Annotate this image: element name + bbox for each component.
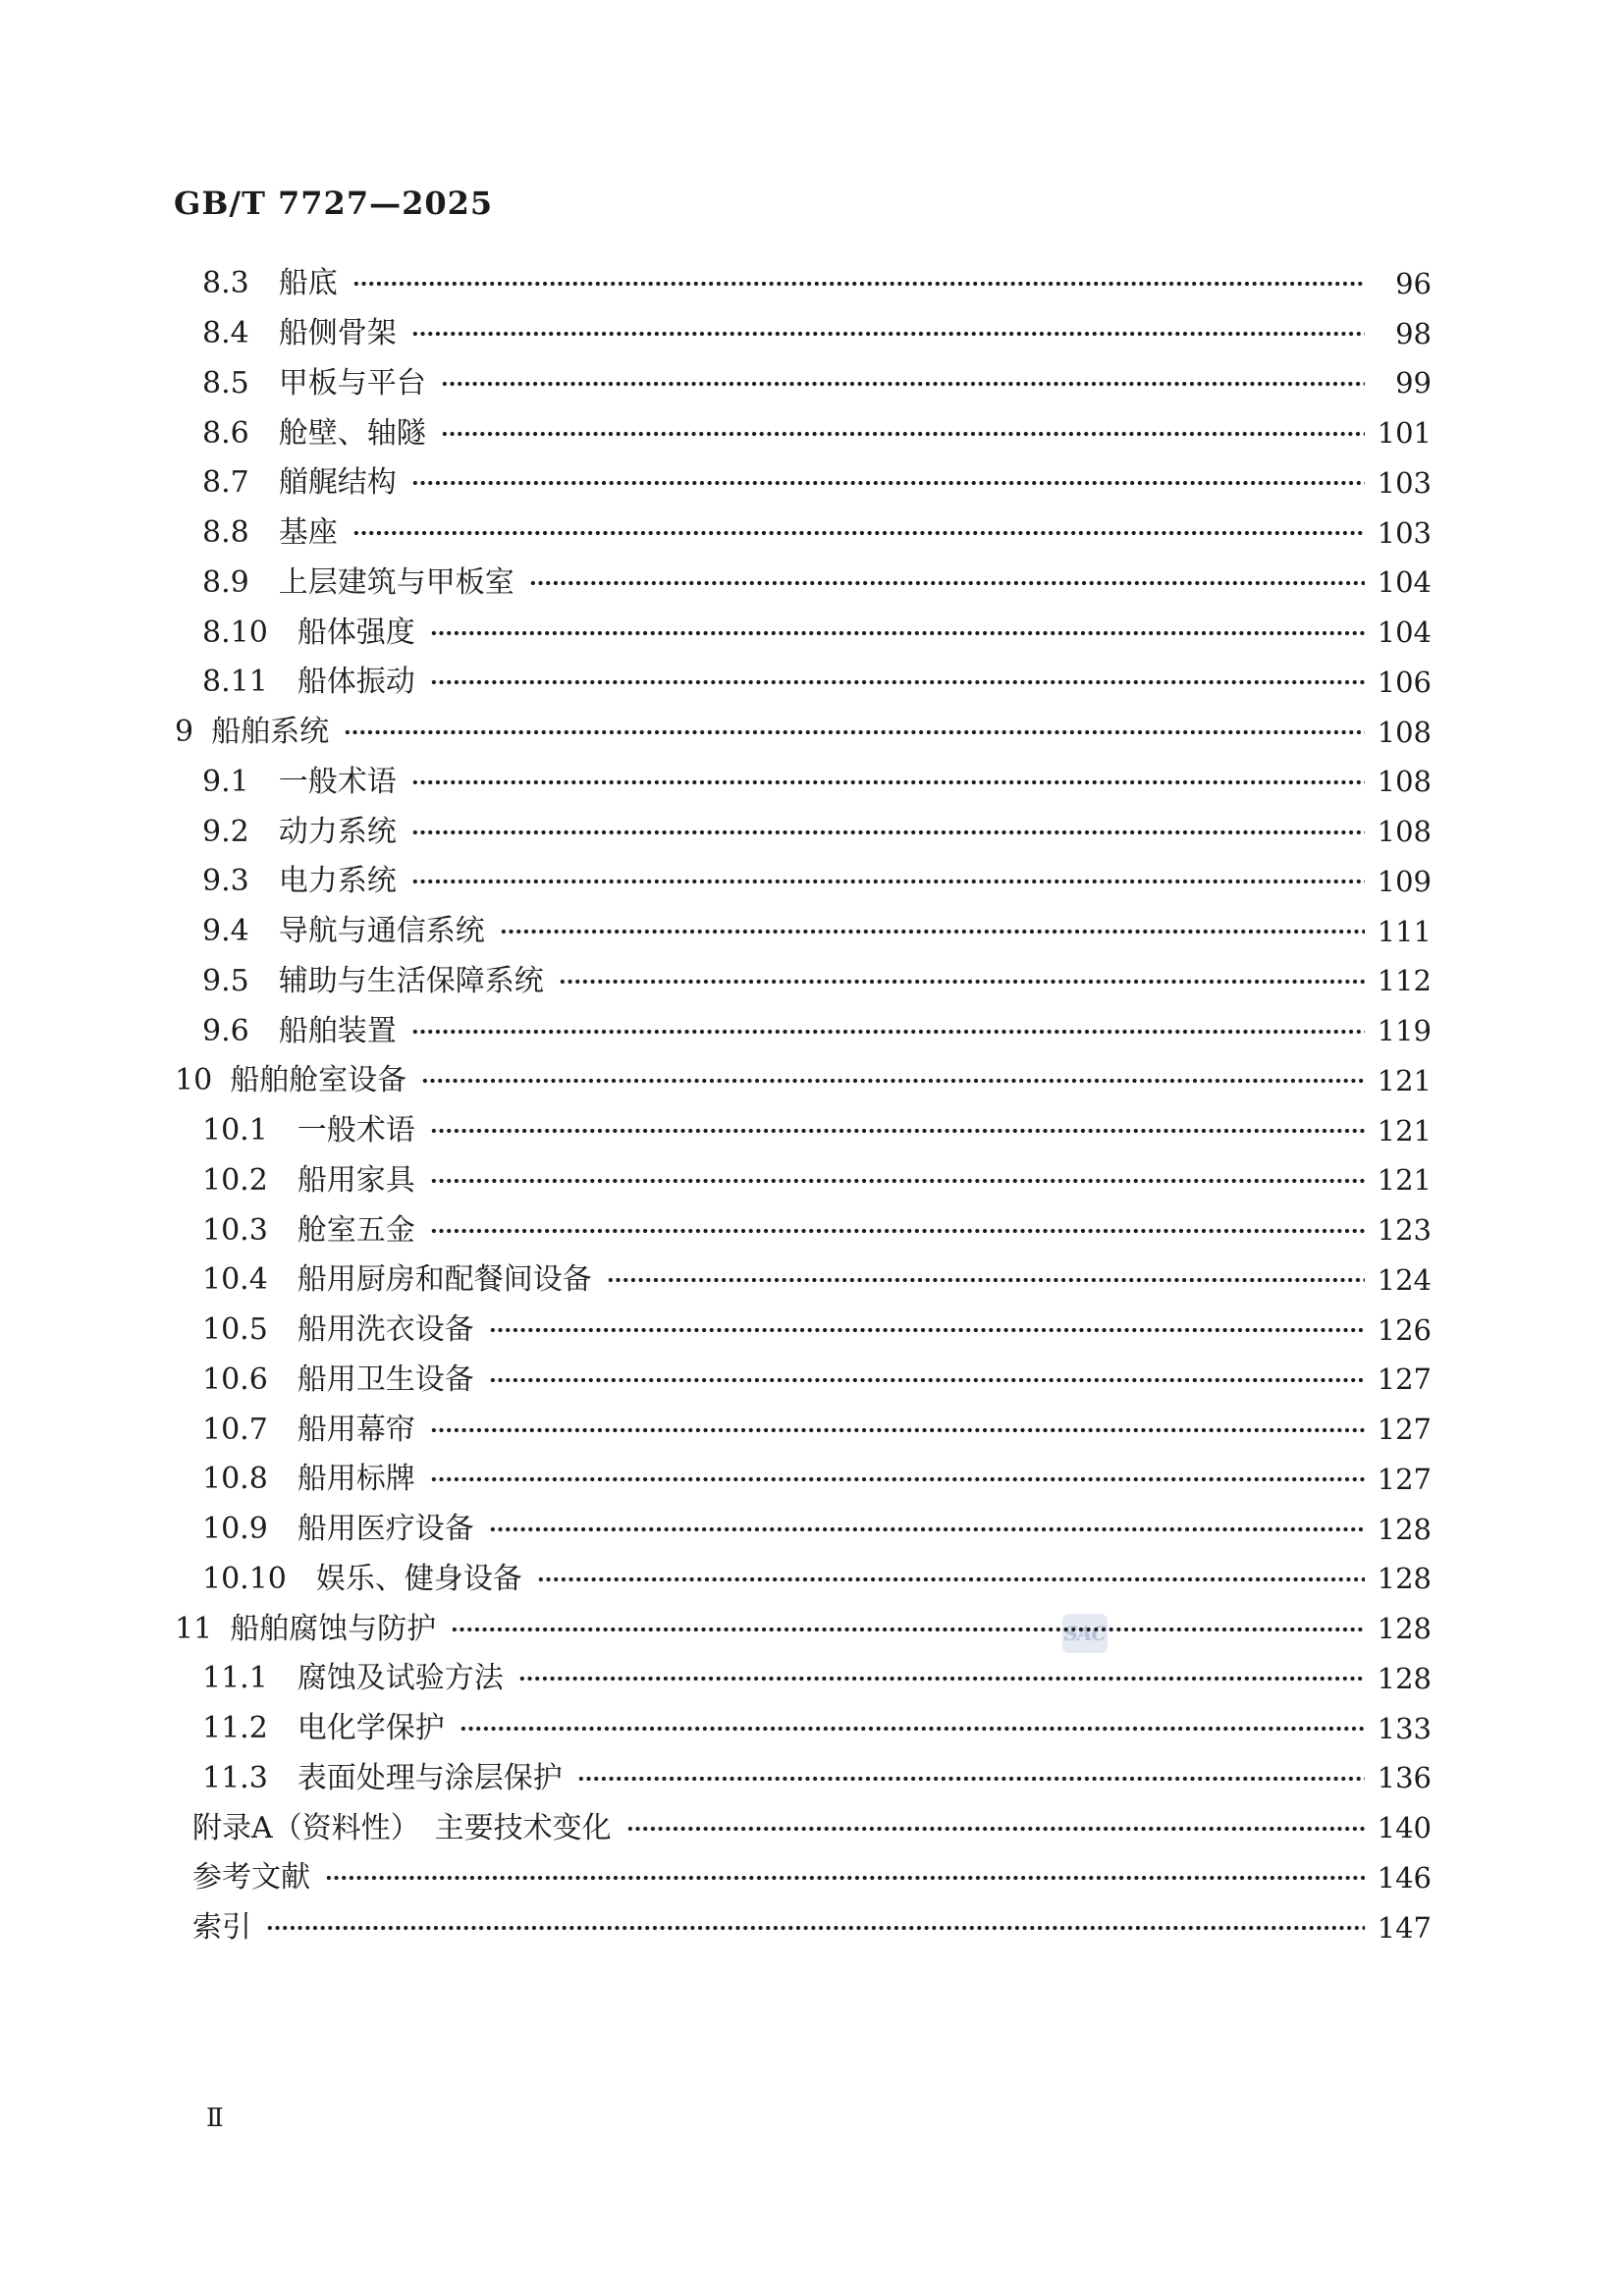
dot-leader xyxy=(441,376,1365,392)
toc-entry-title: 船舶系统 xyxy=(211,718,329,747)
toc-entry-title: 电力系统 xyxy=(279,867,397,896)
toc-entry-number: 10.3 xyxy=(202,1216,298,1246)
dot-leader xyxy=(489,1522,1365,1537)
toc-entry-number: 9.1 xyxy=(202,768,279,797)
dot-leader xyxy=(500,924,1365,939)
toc-entry-title: 腐蚀及试验方法 xyxy=(298,1664,504,1693)
toc-entry[interactable]: 9.3 电力系统 109 xyxy=(175,857,1432,907)
toc-entry-title: 电化学保护 xyxy=(298,1714,445,1743)
dot-leader xyxy=(411,475,1365,491)
toc-entry-page: 103 xyxy=(1377,519,1432,548)
toc-entry-number: 9.3 xyxy=(202,867,279,896)
toc-entry[interactable]: 11.1 腐蚀及试验方法 128 xyxy=(175,1654,1432,1704)
toc-entry-number: 10.10 xyxy=(202,1565,316,1594)
toc-entry-page: 106 xyxy=(1377,668,1432,697)
toc-entry-number: 8.11 xyxy=(202,667,298,697)
toc-entry[interactable]: 附录A（资料性） 主要技术变化 140 xyxy=(175,1803,1432,1853)
dot-leader xyxy=(430,625,1365,641)
toc-entry-title: 娱乐、健身设备 xyxy=(316,1565,522,1594)
toc-entry-page: 96 xyxy=(1377,270,1432,298)
toc-entry-number: 8.9 xyxy=(202,568,279,598)
toc-entry[interactable]: 9.6 船舶装置 119 xyxy=(175,1006,1432,1056)
toc-entry-page: 121 xyxy=(1377,1166,1432,1195)
toc-entry[interactable]: 8.8 基座 103 xyxy=(175,508,1432,559)
toc-entry-number: 10.6 xyxy=(202,1365,298,1395)
dot-leader xyxy=(430,1173,1365,1189)
dot-leader xyxy=(430,1223,1365,1239)
toc-entry-page: 136 xyxy=(1377,1764,1432,1792)
toc-entry-title: 船舶装置 xyxy=(279,1017,397,1046)
toc-entry-number: 8.5 xyxy=(202,369,279,399)
dot-leader xyxy=(411,1024,1365,1040)
page-number-footer: Ⅱ xyxy=(206,2104,224,2133)
dot-leader xyxy=(352,525,1365,541)
toc-entry-number: 9.5 xyxy=(202,967,279,996)
toc-entry[interactable]: 8.9 上层建筑与甲板室 104 xyxy=(175,559,1432,609)
toc-entry[interactable]: 10.10 娱乐、健身设备 128 xyxy=(175,1555,1432,1605)
dot-leader xyxy=(411,774,1365,790)
toc-entry-page: 108 xyxy=(1377,768,1432,796)
toc-entry-number: 10.7 xyxy=(202,1415,298,1445)
toc-entry-number: 8.10 xyxy=(202,618,298,648)
toc-entry[interactable]: 10 船舶舱室设备 121 xyxy=(175,1056,1432,1106)
toc-entry[interactable]: 参考文献 146 xyxy=(175,1853,1432,1903)
dot-leader xyxy=(352,276,1365,292)
toc-entry-page: 128 xyxy=(1377,1665,1432,1693)
dot-leader xyxy=(489,1372,1365,1388)
toc-entry-page: 119 xyxy=(1377,1017,1432,1045)
toc-entry-page: 146 xyxy=(1377,1864,1432,1893)
toc-entry-title: 辅助与生活保障系统 xyxy=(279,967,544,996)
toc-entry-page: 121 xyxy=(1377,1117,1432,1146)
dot-leader xyxy=(577,1771,1365,1787)
toc-entry-number: 10 xyxy=(175,1066,230,1095)
dot-leader xyxy=(529,575,1365,591)
toc-entry-number: 9.4 xyxy=(202,917,279,946)
toc-entry-page: 112 xyxy=(1377,967,1432,995)
toc-entry[interactable]: 10.3 舱室五金 123 xyxy=(175,1205,1432,1255)
toc-entry-number: 10.2 xyxy=(202,1166,298,1196)
document-page: GB/T 7727—2025 8.3 船底 96 8.4 船侧骨架 98 8.5… xyxy=(0,0,1624,2296)
toc-entry-title: 船用医疗设备 xyxy=(298,1515,474,1544)
toc-entry[interactable]: 10.1 一般术语 121 xyxy=(175,1106,1432,1156)
toc-entry[interactable]: 10.4 船用厨房和配餐间设备 124 xyxy=(175,1255,1432,1306)
dot-leader xyxy=(325,1870,1365,1886)
toc-entry[interactable]: 8.6 舱壁、轴隧 101 xyxy=(175,408,1432,458)
toc-entry-page: 140 xyxy=(1377,1814,1432,1842)
toc-entry[interactable]: 11.2 电化学保护 133 xyxy=(175,1704,1432,1754)
toc-entry-page: 104 xyxy=(1377,568,1432,597)
toc-entry-page: 128 xyxy=(1377,1565,1432,1593)
toc-entry-title: 船用洗衣设备 xyxy=(298,1315,474,1345)
toc-entry-title: 船用卫生设备 xyxy=(298,1365,474,1395)
toc-entry-page: 104 xyxy=(1377,618,1432,647)
toc-entry-page: 109 xyxy=(1377,868,1432,896)
toc-entry[interactable]: 9.5 辅助与生活保障系统 112 xyxy=(175,957,1432,1007)
toc-entry[interactable]: 索引 147 xyxy=(175,1903,1432,1953)
toc-entry-title: 导航与通信系统 xyxy=(279,917,485,946)
toc-entry[interactable]: 8.11 船体振动 106 xyxy=(175,658,1432,708)
toc-entry-number: 10.8 xyxy=(202,1465,298,1494)
toc-entry-page: 99 xyxy=(1377,369,1432,398)
toc-entry-page: 128 xyxy=(1377,1516,1432,1544)
toc-entry-page: 133 xyxy=(1377,1715,1432,1743)
toc-entry-title: 船体振动 xyxy=(298,667,415,697)
dot-leader xyxy=(451,1622,1365,1637)
dot-leader xyxy=(430,1123,1365,1139)
toc-entry-title: 船用厨房和配餐间设备 xyxy=(298,1265,592,1295)
toc-entry-title: 船底 xyxy=(279,269,338,298)
toc-entry-page: 98 xyxy=(1377,320,1432,348)
dot-leader xyxy=(626,1821,1365,1837)
toc-entry-title: 一般术语 xyxy=(298,1116,415,1146)
dot-leader xyxy=(559,974,1365,989)
toc-entry[interactable]: 11.3 表面处理与涂层保护 136 xyxy=(175,1754,1432,1804)
toc-entry-number: 11.3 xyxy=(202,1764,298,1793)
toc-entry-number: 9.6 xyxy=(202,1017,279,1046)
dot-leader xyxy=(430,1422,1365,1438)
toc-entry[interactable]: 8.3 船底 96 xyxy=(175,259,1432,309)
toc-entry-title: 上层建筑与甲板室 xyxy=(279,568,514,598)
toc-entry-title: 基座 xyxy=(279,518,338,548)
dot-leader xyxy=(411,874,1365,889)
toc-entry-title: 舱壁、轴隧 xyxy=(279,419,426,449)
toc-entry-page: 101 xyxy=(1377,419,1432,448)
toc-entry-number: 10.1 xyxy=(202,1116,298,1146)
toc-entry-title: 舱室五金 xyxy=(298,1216,415,1246)
toc-entry-title: 索引 xyxy=(192,1913,251,1943)
toc-entry-page: 121 xyxy=(1377,1067,1432,1095)
dot-leader xyxy=(344,724,1365,740)
toc-entry-number: 10.9 xyxy=(202,1515,298,1544)
toc-entry-title: 船舶舱室设备 xyxy=(230,1066,406,1095)
toc-entry[interactable]: 10.6 船用卫生设备 127 xyxy=(175,1356,1432,1406)
toc-entry-page: 108 xyxy=(1377,818,1432,846)
dot-leader xyxy=(518,1671,1365,1686)
dot-leader xyxy=(430,1471,1365,1487)
toc-entry-page: 111 xyxy=(1377,918,1432,946)
toc-entry-number: 8.3 xyxy=(202,269,279,298)
toc-entry-number: 8.6 xyxy=(202,419,279,449)
dot-leader xyxy=(411,825,1365,840)
toc-entry-title: 甲板与平台 xyxy=(279,369,426,399)
toc-list: 8.3 船底 96 8.4 船侧骨架 98 8.5 甲板与平台 99 8.6 舱… xyxy=(175,259,1432,1953)
toc-entry-page: 127 xyxy=(1377,1415,1432,1444)
toc-entry-title: 动力系统 xyxy=(279,818,397,847)
toc-entry-number: 9 xyxy=(175,718,211,747)
toc-entry-number: 10.4 xyxy=(202,1265,298,1295)
toc-entry[interactable]: 9.4 导航与通信系统 111 xyxy=(175,907,1432,957)
toc-entry-page: 103 xyxy=(1377,469,1432,498)
dot-leader xyxy=(430,674,1365,690)
toc-entry-title: 船用家具 xyxy=(298,1166,415,1196)
dot-leader xyxy=(411,326,1365,342)
toc-entry-number: 11 xyxy=(175,1615,230,1644)
toc-entry-title: 一般术语 xyxy=(279,768,397,797)
toc-entry[interactable]: 11 船舶腐蚀与防护 128 xyxy=(175,1604,1432,1654)
toc-entry-page: 127 xyxy=(1377,1365,1432,1394)
toc-entry-number: 9.2 xyxy=(202,818,279,847)
toc-entry[interactable]: 9.1 一般术语 108 xyxy=(175,758,1432,808)
dot-leader xyxy=(441,426,1365,442)
toc-entry-page: 124 xyxy=(1377,1266,1432,1295)
toc-entry-title: 参考文献 xyxy=(192,1863,310,1893)
toc-entry-title: 船体强度 xyxy=(298,618,415,648)
dot-leader xyxy=(421,1073,1365,1089)
standard-number-header: GB/T 7727—2025 xyxy=(174,185,493,222)
toc-entry-title: 船用标牌 xyxy=(298,1465,415,1494)
toc-entry-number: 8.7 xyxy=(202,468,279,498)
toc-entry[interactable]: 10.5 船用洗衣设备 126 xyxy=(175,1306,1432,1356)
toc-entry-page: 147 xyxy=(1377,1914,1432,1943)
toc-entry[interactable]: 10.7 船用幕帘 127 xyxy=(175,1405,1432,1455)
toc-entry-title: 船舶腐蚀与防护 xyxy=(230,1615,436,1644)
toc-entry[interactable]: 9.2 动力系统 108 xyxy=(175,807,1432,857)
toc-entry-page: 127 xyxy=(1377,1466,1432,1494)
dot-leader xyxy=(460,1721,1365,1736)
dot-leader xyxy=(537,1572,1365,1587)
dot-leader xyxy=(489,1322,1365,1338)
toc-entry-number: 8.8 xyxy=(202,518,279,548)
toc-entry-page: 108 xyxy=(1377,719,1432,747)
toc-entry-number: 11.1 xyxy=(202,1664,298,1693)
toc-entry-page: 123 xyxy=(1377,1216,1432,1245)
toc-entry-title: 船用幕帘 xyxy=(298,1415,415,1445)
toc-entry-number: 11.2 xyxy=(202,1714,298,1743)
toc-entry[interactable]: 10.8 船用标牌 127 xyxy=(175,1455,1432,1505)
toc-entry[interactable]: 8.10 船体强度 104 xyxy=(175,608,1432,658)
toc-entry-title: 艏艉结构 xyxy=(279,468,397,498)
toc-entry-page: 128 xyxy=(1377,1615,1432,1643)
toc-entry[interactable]: 9 船舶系统 108 xyxy=(175,708,1432,758)
toc-entry-number: 10.5 xyxy=(202,1315,298,1345)
toc-entry[interactable]: 8.7 艏艉结构 103 xyxy=(175,458,1432,508)
toc-entry[interactable]: 8.5 甲板与平台 99 xyxy=(175,359,1432,409)
toc-entry[interactable]: 10.9 船用医疗设备 128 xyxy=(175,1505,1432,1555)
toc-entry[interactable]: 10.2 船用家具 121 xyxy=(175,1156,1432,1206)
dot-leader xyxy=(266,1920,1365,1936)
toc-entry[interactable]: 8.4 船侧骨架 98 xyxy=(175,309,1432,359)
toc-entry-number: 8.4 xyxy=(202,319,279,348)
toc-entry-title: 附录A（资料性） 主要技术变化 xyxy=(192,1814,612,1843)
toc-entry-title: 船侧骨架 xyxy=(279,319,397,348)
dot-leader xyxy=(607,1272,1365,1288)
toc-entry-page: 126 xyxy=(1377,1316,1432,1345)
toc-entry-title: 表面处理与涂层保护 xyxy=(298,1764,563,1793)
